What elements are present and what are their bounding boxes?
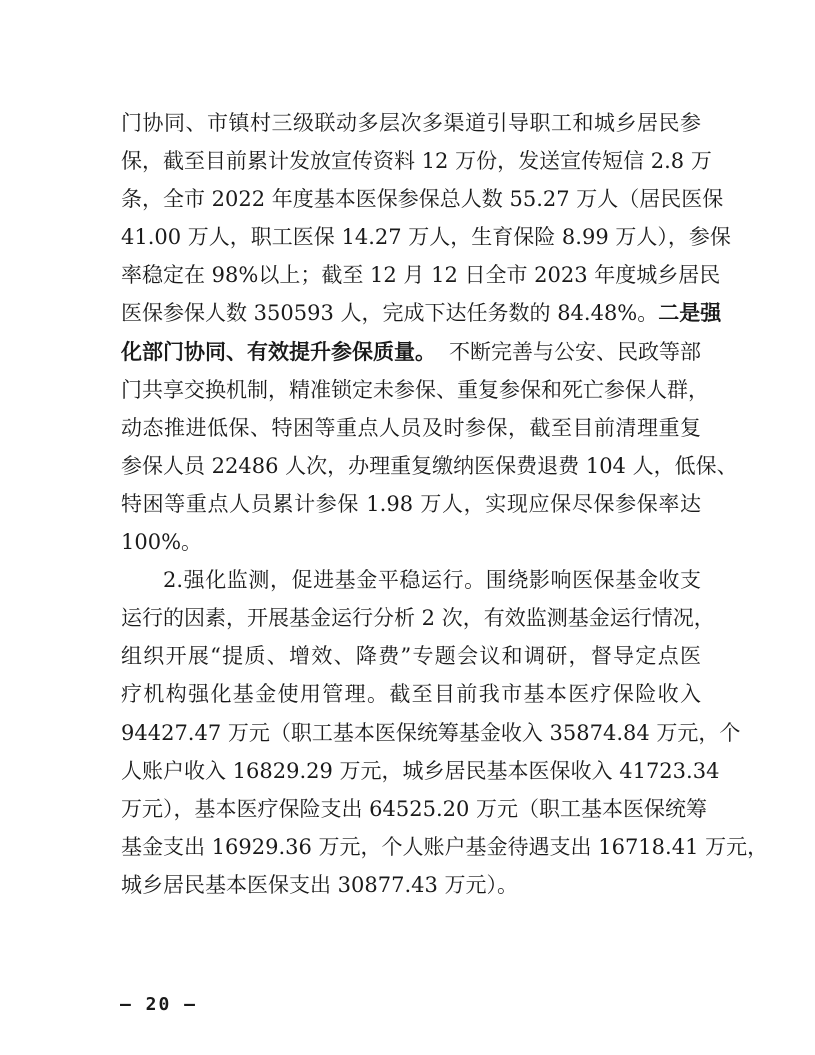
line-text: 门共享交换机制，精准锁定未参保、重复参保和死亡参保人群， (121, 371, 701, 409)
line-text: 率稳定在 98%以上；截至 12 月 12 日全市 2023 年度城乡居民 (121, 256, 701, 294)
text-line: 城乡居民基本医保支出 30877.43 万元）。 (121, 866, 701, 904)
line-text: 万元），基本医疗保险支出 64525.20 万元（职工基本医保统筹 (121, 790, 701, 828)
line-text: 特困等重点人员累计参保 1.98 万人，实现应保尽保参保率达 (121, 485, 701, 523)
line-text: 41.00 万人，职工医保 14.27 万人，生育保险 8.99 万人），参保 (121, 218, 701, 256)
line-text: 组织开展“提质、增效、降费”专题会议和调研，督导定点医 (121, 637, 701, 675)
page-number: — 20 — (120, 994, 197, 1015)
bold-heading-text: 二是强 (658, 294, 721, 332)
line-text: 城乡居民基本医保支出 30877.43 万元）。 (121, 866, 518, 904)
line-text: 医保参保人数 350593 人，完成下达任务数的 84.48%。 (121, 294, 658, 332)
body-text: 门协同、市镇村三级联动多层次多渠道引导职工和城乡居民参 保，截至目前累计发放宣传… (121, 104, 701, 904)
line-text: 运行的因素，开展基金运行分析 2 次，有效监测基金运行情况， (121, 599, 701, 637)
text-line: 参保人员 22486 人次，办理重复缴纳医保费退费 104 人，低保、 (121, 447, 701, 485)
text-line: 疗机构强化基金使用管理。截至目前我市基本医疗保险收入 (121, 675, 701, 713)
text-line: 门协同、市镇村三级联动多层次多渠道引导职工和城乡居民参 (121, 104, 701, 142)
text-line: 医保参保人数 350593 人，完成下达任务数的 84.48%。二是强 (121, 294, 701, 332)
line-text: 疗机构强化基金使用管理。截至目前我市基本医疗保险收入 (121, 675, 701, 713)
text-line: 2.强化监测，促进基金平稳运行。围绕影响医保基金收支 (121, 561, 701, 599)
line-text: 基金支出 16929.36 万元，个人账户基金待遇支出 16718.41 万元， (121, 828, 701, 866)
line-text: 保，截至目前累计发放宣传资料 12 万份，发送宣传短信 2.8 万 (121, 142, 701, 180)
text-line: 门共享交换机制，精准锁定未参保、重复参保和死亡参保人群， (121, 371, 701, 409)
text-line: 保，截至目前累计发放宣传资料 12 万份，发送宣传短信 2.8 万 (121, 142, 701, 180)
text-line: 人账户收入 16829.29 万元，城乡居民基本医保收入 41723.34 (121, 752, 701, 790)
text-line: 条，全市 2022 年度基本医保参保总人数 55.27 万人（居民医保 (121, 180, 701, 218)
line-text: 条，全市 2022 年度基本医保参保总人数 55.27 万人（居民医保 (121, 180, 701, 218)
text-line: 100%。 (121, 523, 701, 561)
line-text: 不断完善与公安、民政等部 (449, 333, 701, 371)
document-page: 门协同、市镇村三级联动多层次多渠道引导职工和城乡居民参 保，截至目前累计发放宣传… (0, 0, 815, 1055)
text-line: 动态推进低保、特困等重点人员及时参保，截至目前清理重复 (121, 409, 701, 447)
text-line: 化部门协同、有效提升参保质量。不断完善与公安、民政等部 (121, 333, 701, 371)
text-line: 运行的因素，开展基金运行分析 2 次，有效监测基金运行情况， (121, 599, 701, 637)
text-line: 率稳定在 98%以上；截至 12 月 12 日全市 2023 年度城乡居民 (121, 256, 701, 294)
line-text: 2.强化监测，促进基金平稳运行。围绕影响医保基金收支 (163, 561, 701, 599)
text-line: 特困等重点人员累计参保 1.98 万人，实现应保尽保参保率达 (121, 485, 701, 523)
text-line: 万元），基本医疗保险支出 64525.20 万元（职工基本医保统筹 (121, 790, 701, 828)
text-line: 组织开展“提质、增效、降费”专题会议和调研，督导定点医 (121, 637, 701, 675)
line-text: 人账户收入 16829.29 万元，城乡居民基本医保收入 41723.34 (121, 752, 701, 790)
bold-heading-text: 化部门协同、有效提升参保质量。 (121, 333, 436, 371)
line-text: 动态推进低保、特困等重点人员及时参保，截至目前清理重复 (121, 409, 701, 447)
line-text: 门协同、市镇村三级联动多层次多渠道引导职工和城乡居民参 (121, 104, 701, 142)
line-text: 94427.47 万元（职工基本医保统筹基金收入 35874.84 万元，个 (121, 714, 701, 752)
text-line: 基金支出 16929.36 万元，个人账户基金待遇支出 16718.41 万元， (121, 828, 701, 866)
text-line: 94427.47 万元（职工基本医保统筹基金收入 35874.84 万元，个 (121, 714, 701, 752)
line-text: 参保人员 22486 人次，办理重复缴纳医保费退费 104 人，低保、 (121, 447, 701, 485)
line-text: 100%。 (121, 523, 202, 561)
text-line: 41.00 万人，职工医保 14.27 万人，生育保险 8.99 万人），参保 (121, 218, 701, 256)
